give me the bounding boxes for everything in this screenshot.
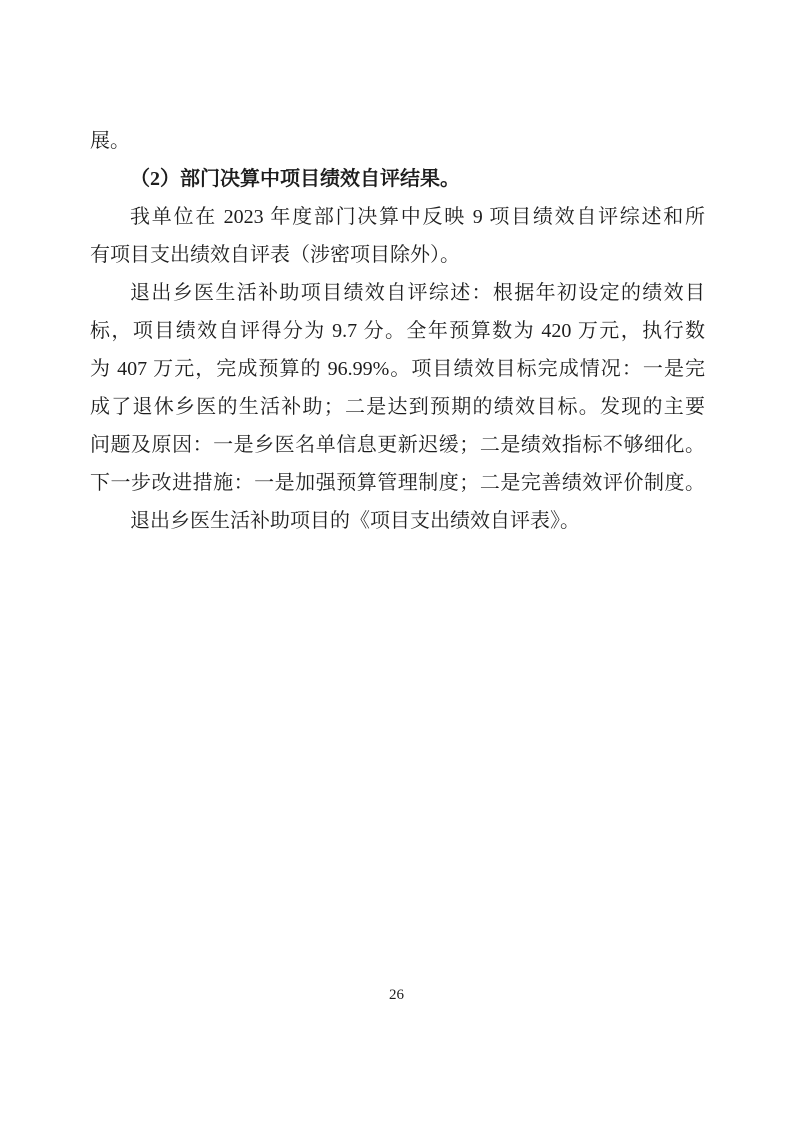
text-line: 展。 — [90, 122, 705, 160]
text-line: 问题及原因：一是乡医名单信息更新迟缓；二是绩效指标不够细化。 — [90, 426, 705, 464]
page-number: 26 — [0, 986, 793, 1004]
text-line: 退出乡医生活补助项目的《项目支出绩效自评表》。 — [90, 502, 705, 540]
text-line: 成了退休乡医的生活补助；二是达到预期的绩效目标。发现的主要 — [90, 388, 705, 426]
document-body: 展。 （2）部门决算中项目绩效自评结果。 我单位在 2023 年度部门决算中反映… — [90, 122, 705, 540]
text-line: 有项目支出绩效自评表（涉密项目除外）。 — [90, 236, 705, 274]
document-page: 展。 （2）部门决算中项目绩效自评结果。 我单位在 2023 年度部门决算中反映… — [0, 0, 793, 1122]
text-line: 为 407 万元，完成预算的 96.99%。项目绩效目标完成情况：一是完 — [90, 350, 705, 388]
text-line: 下一步改进措施：一是加强预算管理制度；二是完善绩效评价制度。 — [90, 464, 705, 502]
section-heading: （2）部门决算中项目绩效自评结果。 — [90, 160, 705, 198]
text-line: 退出乡医生活补助项目绩效自评综述：根据年初设定的绩效目 — [90, 274, 705, 312]
text-line: 我单位在 2023 年度部门决算中反映 9 项目绩效自评综述和所 — [90, 198, 705, 236]
text-line: 标，项目绩效自评得分为 9.7 分。全年预算数为 420 万元，执行数 — [90, 312, 705, 350]
